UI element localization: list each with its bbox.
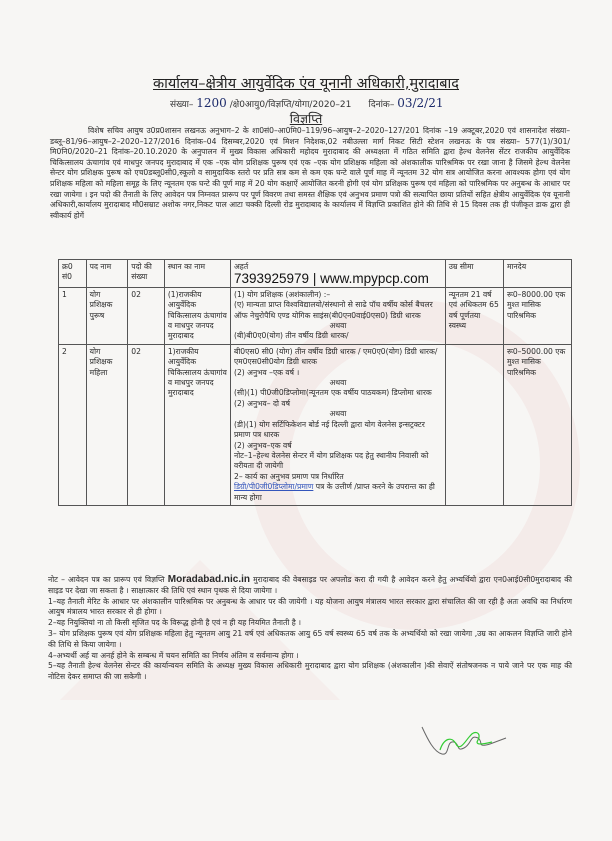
qual-line: अथवा: [234, 409, 442, 419]
table-header-row: क्र0 सं0 पद नाम पदो की संख्या स्थान का न…: [59, 260, 572, 288]
cell-count: 02: [128, 344, 165, 505]
cell-place: 1)राजकीय आयुर्वेदिक चिकित्सालय ऊंचागांव …: [164, 344, 230, 505]
cell-count: 02: [128, 287, 165, 344]
cell-age: न्यूनतम 21 वर्ष एवं अधिकतम 65 वर्ष पूर्ण…: [445, 287, 503, 344]
notice-page: कार्यालय–क्षेत्रीय आयुर्वेदिक एंव यूनानी…: [0, 0, 612, 841]
qual-line: अथवा: [234, 378, 442, 388]
note-item: 5–यह तैनाती हेल्थ वेलनेस सेन्टर की कार्य…: [48, 661, 572, 683]
table-row: 1 योग प्रशिक्षक पुरूष 02 (1)राजकीय आयुर्…: [59, 287, 572, 344]
reference-label: संख्या–: [170, 100, 193, 110]
header-post: पद नाम: [86, 260, 128, 288]
qual-line: (बी)बी0ए0(योग) तीन वर्षीय डिग्री धारक/: [234, 331, 442, 341]
intro-text: विशेष सचिव आयुष उ0प्र0शासन लखनऊ अनुभाग–2…: [50, 126, 570, 221]
cell-place: (1)राजकीय आयुर्वेदिक चिकित्सालय ऊंचागांव…: [164, 287, 230, 344]
signature: [420, 722, 510, 762]
website-link[interactable]: Moradabad.nic.in: [168, 574, 250, 585]
cell-age: [445, 344, 503, 505]
date-label: दिनांक–: [368, 100, 394, 110]
header-age: उम्र सीमा: [445, 260, 503, 288]
header-count: पदो की संख्या: [128, 260, 165, 288]
note-item: 3– योग प्रशिक्षक पुरूष एवं योग प्रशिक्षक…: [48, 629, 572, 651]
note-item: 4–अभ्यर्थी अर्ह या अनर्ह होने के सम्बन्ध…: [48, 651, 572, 662]
reference-text: /क्षे0आयु0/विज्ञप्ति/योगा/2020–21: [230, 100, 352, 110]
qual-line: (सी)(1) पी0जी0डिप्लोमा(न्यूनतम एक वर्षीय…: [234, 388, 442, 398]
cell-post: योग प्रशिक्षक पुरूष: [86, 287, 128, 344]
note-website-paragraph: नोट – आवेदन पत्र का प्रारूप एवं विज्ञप्त…: [48, 575, 572, 597]
cell-post: योग प्रशिक्षक महिला: [86, 344, 128, 505]
reference-line: संख्या– 1200 /क्षे0आयु0/विज्ञप्ति/योगा/2…: [170, 96, 443, 110]
qual-line: अथवा: [234, 321, 442, 331]
table-row: 2 योग प्रशिक्षक महिला 02 1)राजकीय आयुर्व…: [59, 344, 572, 505]
qual-line: (ए) मान्यता प्राप्त विश्वविद्यालयो/संस्थ…: [234, 300, 442, 321]
header-qualification: अहर्त 7393925979 | www.mpypcp.com: [230, 260, 445, 288]
qual-line: बी0एस0 सी0 (योग) तीन वर्षीय डिग्री धारक …: [234, 347, 442, 368]
cell-honorarium: रू0–5000.00 एक मुश्त मासिक पारिश्रमिक: [503, 344, 571, 505]
cell-sno: 2: [59, 344, 87, 505]
header-place: स्थान का नाम: [164, 260, 230, 288]
qualification-link[interactable]: डिग्री/पी0जी0डिप्लोमा/प्रमाण: [234, 482, 313, 491]
reference-number: 1200: [196, 96, 227, 110]
qual-line: डिग्री/पी0जी0डिप्लोमा/प्रमाण पत्र के उत्…: [234, 482, 442, 503]
qual-line: (2) अनुभव –एक वर्ष ।: [234, 368, 442, 378]
qual-line: नोट–1–हेल्थ वेलनेस सेन्टर में योग प्रशिक…: [234, 451, 442, 472]
posts-table: क्र0 सं0 पद नाम पदो की संख्या स्थान का न…: [58, 259, 572, 506]
date-value: 03/2/21: [397, 96, 443, 110]
header-honorarium: मानदेय: [503, 260, 571, 288]
header-sno: क्र0 सं0: [59, 260, 87, 288]
office-title: कार्यालय–क्षेत्रीय आयुर्वेदिक एंव यूनानी…: [0, 73, 612, 93]
notice-heading: विज्ञप्ति: [0, 110, 612, 127]
qual-line: (डी)(1) योग सर्टिफिकेशन बोर्ड नई दिल्ली …: [234, 420, 442, 441]
qual-line: (2) अनुभव– दो वर्ष: [234, 399, 442, 409]
notes-section: नोट – आवेदन पत्र का प्रारूप एवं विज्ञप्त…: [48, 575, 572, 683]
note-item: 1–यह तैनाती मेरिट के आधार पर अंशकालीन पा…: [48, 597, 572, 619]
cell-qualification: (1) योग प्रशिक्षक (अशंकालीन) :– (ए) मान्…: [230, 287, 445, 344]
cell-honorarium: रू0–8000.00 एक मुश्त मासिक पारिश्रमिक: [503, 287, 571, 344]
qual-line: 2– कार्य का अनुभव प्रमाण पत्र निर्धारित: [234, 472, 442, 482]
note-prefix: नोट – आवेदन पत्र का प्रारूप एवं विज्ञप्त…: [48, 575, 165, 584]
intro-paragraph: विशेष सचिव आयुष उ0प्र0शासन लखनऊ अनुभाग–2…: [50, 126, 570, 221]
cell-qualification: बी0एस0 सी0 (योग) तीन वर्षीय डिग्री धारक …: [230, 344, 445, 505]
cell-sno: 1: [59, 287, 87, 344]
qual-line: (2) अनुभव–एक वर्ष: [234, 441, 442, 451]
note-item: 2–यह नियुक्तियां ना तो किसी सृजित पद के …: [48, 618, 572, 629]
qual-line: (1) योग प्रशिक्षक (अशंकालीन) :–: [234, 290, 442, 300]
header-qualification-label: अहर्त: [234, 262, 248, 271]
overlay-contact-text: 7393925979 | www.mpypcp.com: [234, 274, 442, 284]
